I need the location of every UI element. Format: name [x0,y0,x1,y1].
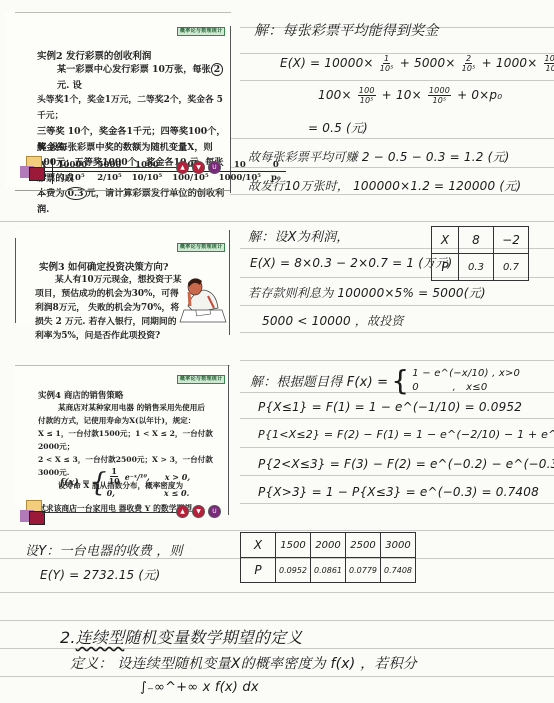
zero-case: 0, [107,488,115,498]
definition-text: 定义： 设连续型随机变量X的概率密度为 f(x) ，若积分 [70,653,417,673]
book-icon [20,156,50,180]
slide-nav-bar [42,512,178,513]
x-value: 5000 [92,159,127,172]
x-value: 10000 [52,159,92,172]
ruled-line [240,418,554,419]
example-question: 试求该商店一台家用电 器收费 Y 的数学期望. [38,501,195,517]
note-ex4-p1: P{X≤1} = F(1) = 1 − e^(−1/10) = 0.0952 [258,400,522,414]
payment-distribution-table: X 1500 2000 2500 3000 P 0.0952 0.0861 0.… [240,532,416,583]
body-line-suffix: 元. 设 [57,80,82,91]
note-ex2-result: = 0.5 (元) [308,119,368,136]
expectation-lhs: E(X) = 10000× [280,56,374,70]
fraction: 110⁵ [380,54,394,73]
ruled-line [240,503,554,504]
solution-intro: 解 设每张彩票中奖的数额为随机变量X，则 [37,140,213,156]
note-ex4-p2: P{1<X≤2} = F(2) − F(1) = 1 − e^(−2/10) −… [258,428,554,441]
next-slide-button[interactable]: ▼ [192,505,205,518]
example-title: 实例4 商店的销售策略 [38,389,123,401]
exponential-term: e⁻ˣ/¹⁰, [125,472,150,482]
cdf-case: 0 , x≤0 [412,381,520,395]
ruled-line [240,80,554,81]
density-formula: f(x) = { 110 e⁻ˣ/¹⁰, x > 0, 0, x ≤ 0. [60,467,190,498]
table-cell: −2 [494,227,529,254]
fraction: 110 [109,467,120,486]
heading-text: 随机变量数学期望的定义 [124,628,302,647]
ruled-line [240,305,554,306]
table-cell: 0.0861 [311,558,346,583]
ruled-line [0,592,554,593]
p-value: 1/10⁵ [52,172,92,185]
section-heading: 2.连续型随机变量数学期望的定义 [60,625,302,648]
body-line: 损失 2 万元. 若存入银行，同期间的 [35,315,185,329]
condition: x > 0, [165,472,190,482]
note-ex2-expectation-cont: 100× 10010⁵ + 10× 100010⁵ + 0×p₀ [318,86,502,105]
note-ex3-interest: 若存款则利息为 100000×5% = 5000(元) [248,284,486,301]
slide-right-border [229,230,230,335]
table-cell: P [241,558,276,583]
body-line: 利率为5%，问是否作此项投资? [35,329,185,343]
note-ex3-conclusion: 5000 < 10000 ，故投资 [262,312,404,329]
brace: { [391,364,409,397]
ruled-line [240,360,554,361]
term-prefix: + 1000× [482,56,538,70]
heading-underlined: 连续型 [76,628,125,647]
p-value: 2/10⁵ [92,172,127,185]
table-cell: X [432,227,459,254]
slide-example-3: 概率论与数理统计 实例3 如何确定投资决策方向? 某人有10万元现金，想投资于某… [15,230,230,325]
fraction: 10010⁵ [358,86,376,105]
table-cell: X [241,533,276,558]
prev-slide-button[interactable]: ▲ [176,505,189,518]
table-cell: 0.7408 [381,558,416,583]
ruled-line [0,620,554,621]
ruled-line [0,676,554,677]
table-cell: 2000 [311,533,346,558]
ruled-line [0,530,554,531]
cdf-case: 1 − e^(−x/10) , x>0 [412,367,520,381]
body-line: 某一彩票中心发行彩票 10万张，每张 [57,64,211,75]
condition: x ≤ 0. [164,488,189,498]
p-value: 10/10⁵ [127,172,168,185]
slide-left-border [15,238,16,323]
table-cell: 0.7 [494,254,529,281]
table-cell: 0.0952 [276,558,311,583]
slide-top-border [15,12,231,13]
body-line: 付款的方式，记使用寿命为X(以年计)，规定： [38,414,233,427]
table-cell: 0.3 [459,254,494,281]
return-button[interactable]: U [208,161,221,174]
x-value: 1000 [127,159,168,172]
circled-price: 2 [211,63,223,76]
body-line: 某商店对某种家用电器 的销售采用先使用后 [38,401,233,414]
term-prefix: 100× [318,88,352,102]
note-ex4-y-expectation: E(Y) = 2732.15 (元) [40,566,160,583]
heading-number: 2. [60,628,76,647]
slide-nav: ▲ ▼ U [176,505,221,518]
course-tag: 概率论与数理统计 [177,375,225,384]
note-ex2-line1: 解：每张彩票平均能得到奖金 [254,20,439,40]
table-cell: 3000 [381,533,416,558]
slide-bottom-border [15,190,230,191]
ruled-line [240,475,554,476]
ruled-line [240,332,554,333]
ruled-line [0,648,554,649]
note-ex2-total-profit: 故发行10万张时， 100000×1.2 = 120000 (元) [248,177,521,194]
note-ex2-expectation: E(X) = 10000× 110⁵ + 5000× 210⁵ + 1000× … [280,54,554,73]
cdf-lhs: 解：根据题目得 F(x) = [250,371,388,390]
prev-slide-button[interactable]: ▲ [176,161,189,174]
term-prefix: + 10× [382,88,422,102]
slide-nav-bar [42,167,178,168]
note-ex4-y-definition: 设Y：一台电器的收费 ，则 [25,540,183,559]
term-tail: + 0×p₀ [457,88,502,102]
ruled-line [0,221,554,222]
fraction: 100010⁵ [428,86,451,105]
body-line: 某人有10万元现金，想投资于某 [35,273,185,287]
note-ex3-expectation: E(X) = 8×0.3 − 2×0.7 = 1 (万元) [250,254,452,271]
brace: { [90,473,107,493]
table-cell: 8 [459,227,494,254]
table-cell: P [432,254,459,281]
term-prefix: + 5000× [400,56,456,70]
course-tag: 概率论与数理统计 [177,243,225,252]
note-ex4-p3: P{2<X≤3} = F(3) − F(2) = e^(−0.2) − e^(−… [258,457,554,471]
fraction: 210⁵ [462,54,476,73]
note-ex4-p4: P{X>3} = 1 − P{X≤3} = e^(−0.3) = 0.7408 [258,485,539,499]
table-cell: 2500 [346,533,381,558]
slide-top-border [15,365,230,366]
return-button[interactable]: U [208,505,221,518]
note-ex3-line1: 解：设X为利润， [248,226,350,245]
note-ex4-cdf: 解：根据题目得 F(x) = { 1 − e^(−x/10) , x>0 0 ,… [250,364,520,397]
slide-example-4: 概率论与数理统计 实例4 商店的销售策略 某商店对某种家用电器 的销售采用先使用… [15,365,230,505]
body-line: 头等奖1个，奖金1万元，二等奖2个，奖金各 5 千元； [37,93,227,124]
ruled-line [230,138,554,139]
example-title: 实例2 发行彩票的创收利润 [37,48,151,62]
table-cell: 1500 [276,533,311,558]
ruled-line [240,447,554,448]
example-body: 某人有10万元现金，想投资于某 项目，预估成功的机会为30%，可得 利润8万元，… [35,273,185,343]
circled-cost: 0.3 [65,187,87,200]
next-slide-button[interactable]: ▼ [192,161,205,174]
profit-distribution-table: X 8 −2 P 0.3 0.7 [431,226,529,281]
slide-nav: ▲ ▼ U [176,161,221,174]
body-line: X ≤ 1，一台付款1500元；1 < X ≤ 2，一台付款2000元； [38,427,233,453]
course-tag: 概率论与数理统计 [177,27,225,36]
formula-lhs: f(x) = [60,477,90,488]
body-line: 项目，预估成功的机会为30%，可得 [35,287,185,301]
table-cell: 0.0779 [346,558,381,583]
integral-expression: ∫₋∞^+∞ x f(x) dx [140,680,259,695]
body-line: 利润8万元， 失败的机会为70%，将 [35,301,185,315]
fraction: 10010⁵ [544,54,554,73]
note-ex2-profit-per-ticket: 故每张彩票平均可赚 2 − 0.5 − 0.3 = 1.2 (元) [248,148,510,165]
thinking-man-illustration [178,270,228,325]
ruled-line [230,194,554,195]
example-title: 实例3 如何确定投资决策方向? [39,259,168,273]
